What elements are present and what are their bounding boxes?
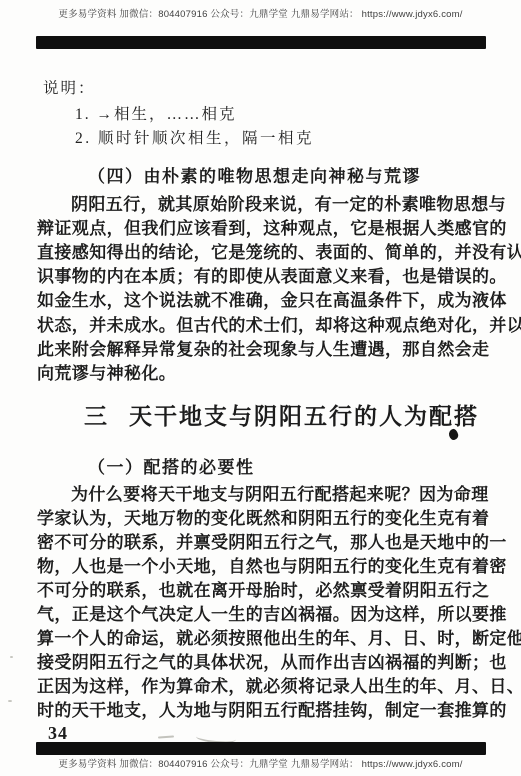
note-item: 1. →相生，……相克	[75, 106, 237, 123]
body-line: 算一个人的命运，就必须按照他出生的年、月、日、时，断定他	[37, 630, 497, 648]
body-line: 识事物的内在本质；有的即使从表面意义来看，也是错误的。	[37, 268, 497, 286]
body-line: 状态，并未成水。但古代的术士们，却将这种观点绝对化，并以	[37, 317, 497, 335]
subsection-heading-1: （一）配搭的必要性	[88, 459, 255, 477]
body-line: 密不可分的联系，并禀受阴阳五行之气，那人也是天地中的一	[37, 534, 497, 552]
body-line: 如金生水，这个说法就不准确，金只在高温条件下，成为液体	[37, 292, 497, 310]
redaction-bar-top	[36, 36, 486, 49]
footer-watermark: 更多易学资料 加微信：804407916 公众号：九鼎学堂 九鼎易学网站： ht…	[0, 756, 521, 770]
body-line: 直接感知得出的结论，它是笼统的、表面的、简单的，并没有认	[37, 244, 497, 262]
body-line: 时的天干地支，人为地与阴阳五行配搭挂钩，制定一套推算的	[37, 702, 497, 720]
body-line: 为什么要将天干地支与阴阳五行配搭起来呢？因为命理	[37, 486, 521, 504]
body-line: 物，人也是一个小天地，自然也与阴阳五行的变化生克有着密	[37, 558, 497, 576]
body-line: 辩证观点，但我们应该看到，这种观点，它是根据人类感官的	[37, 220, 497, 238]
page-number: 34	[48, 723, 68, 744]
body-line: 接受阴阳五行之气的具体状况，从而作出吉凶祸福的判断；也	[37, 654, 497, 672]
body-line: 向荒谬与神秘化。	[37, 365, 497, 383]
body-line: 不可分的联系，也就在离开母胎时，必然禀受着阴阳五行之	[37, 582, 497, 600]
chapter-title: 天干地支与阴阳五行的人为配搭	[129, 404, 479, 429]
body-line: 阴阳五行，就其原始阶段来说，有一定的朴素唯物思想与	[37, 196, 521, 214]
redaction-bar-bottom	[36, 742, 486, 755]
note-item: 2. 顺时针顺次相生，隔一相克	[75, 130, 314, 147]
body-line: 气，正是这个气决定人一生的吉凶祸福。因为这样，所以要推	[37, 606, 497, 624]
notes-label: 说明：	[43, 80, 96, 97]
scan-speck	[10, 656, 13, 658]
body-line: 此来附会解释异常复杂的社会现象与人生遭遇，那自然会走	[37, 341, 497, 359]
chapter-number: 三	[84, 404, 107, 429]
pencil-smudge	[158, 735, 174, 738]
chapter-heading: 三天干地支与阴阳五行的人为配搭	[84, 404, 479, 430]
scanned-book-page: 更多易学资料 加微信：804407916 公众号：九鼎学堂 九鼎易学网站： ht…	[0, 0, 521, 776]
subsection-heading-4: （四）由朴素的唯物思想走向神秘与荒谬	[88, 168, 421, 186]
body-line: 学家认为，天地万物的变化既然和阴阳五行的变化生克有着	[37, 510, 497, 528]
header-watermark: 更多易学资料 加微信：804407916 公众号：九鼎学堂 九鼎易学网站： ht…	[0, 6, 521, 20]
body-line: 正因为这样，作为算命术，就必须将记录人出生的年、月、日、	[37, 678, 497, 696]
scan-speck	[8, 700, 12, 702]
